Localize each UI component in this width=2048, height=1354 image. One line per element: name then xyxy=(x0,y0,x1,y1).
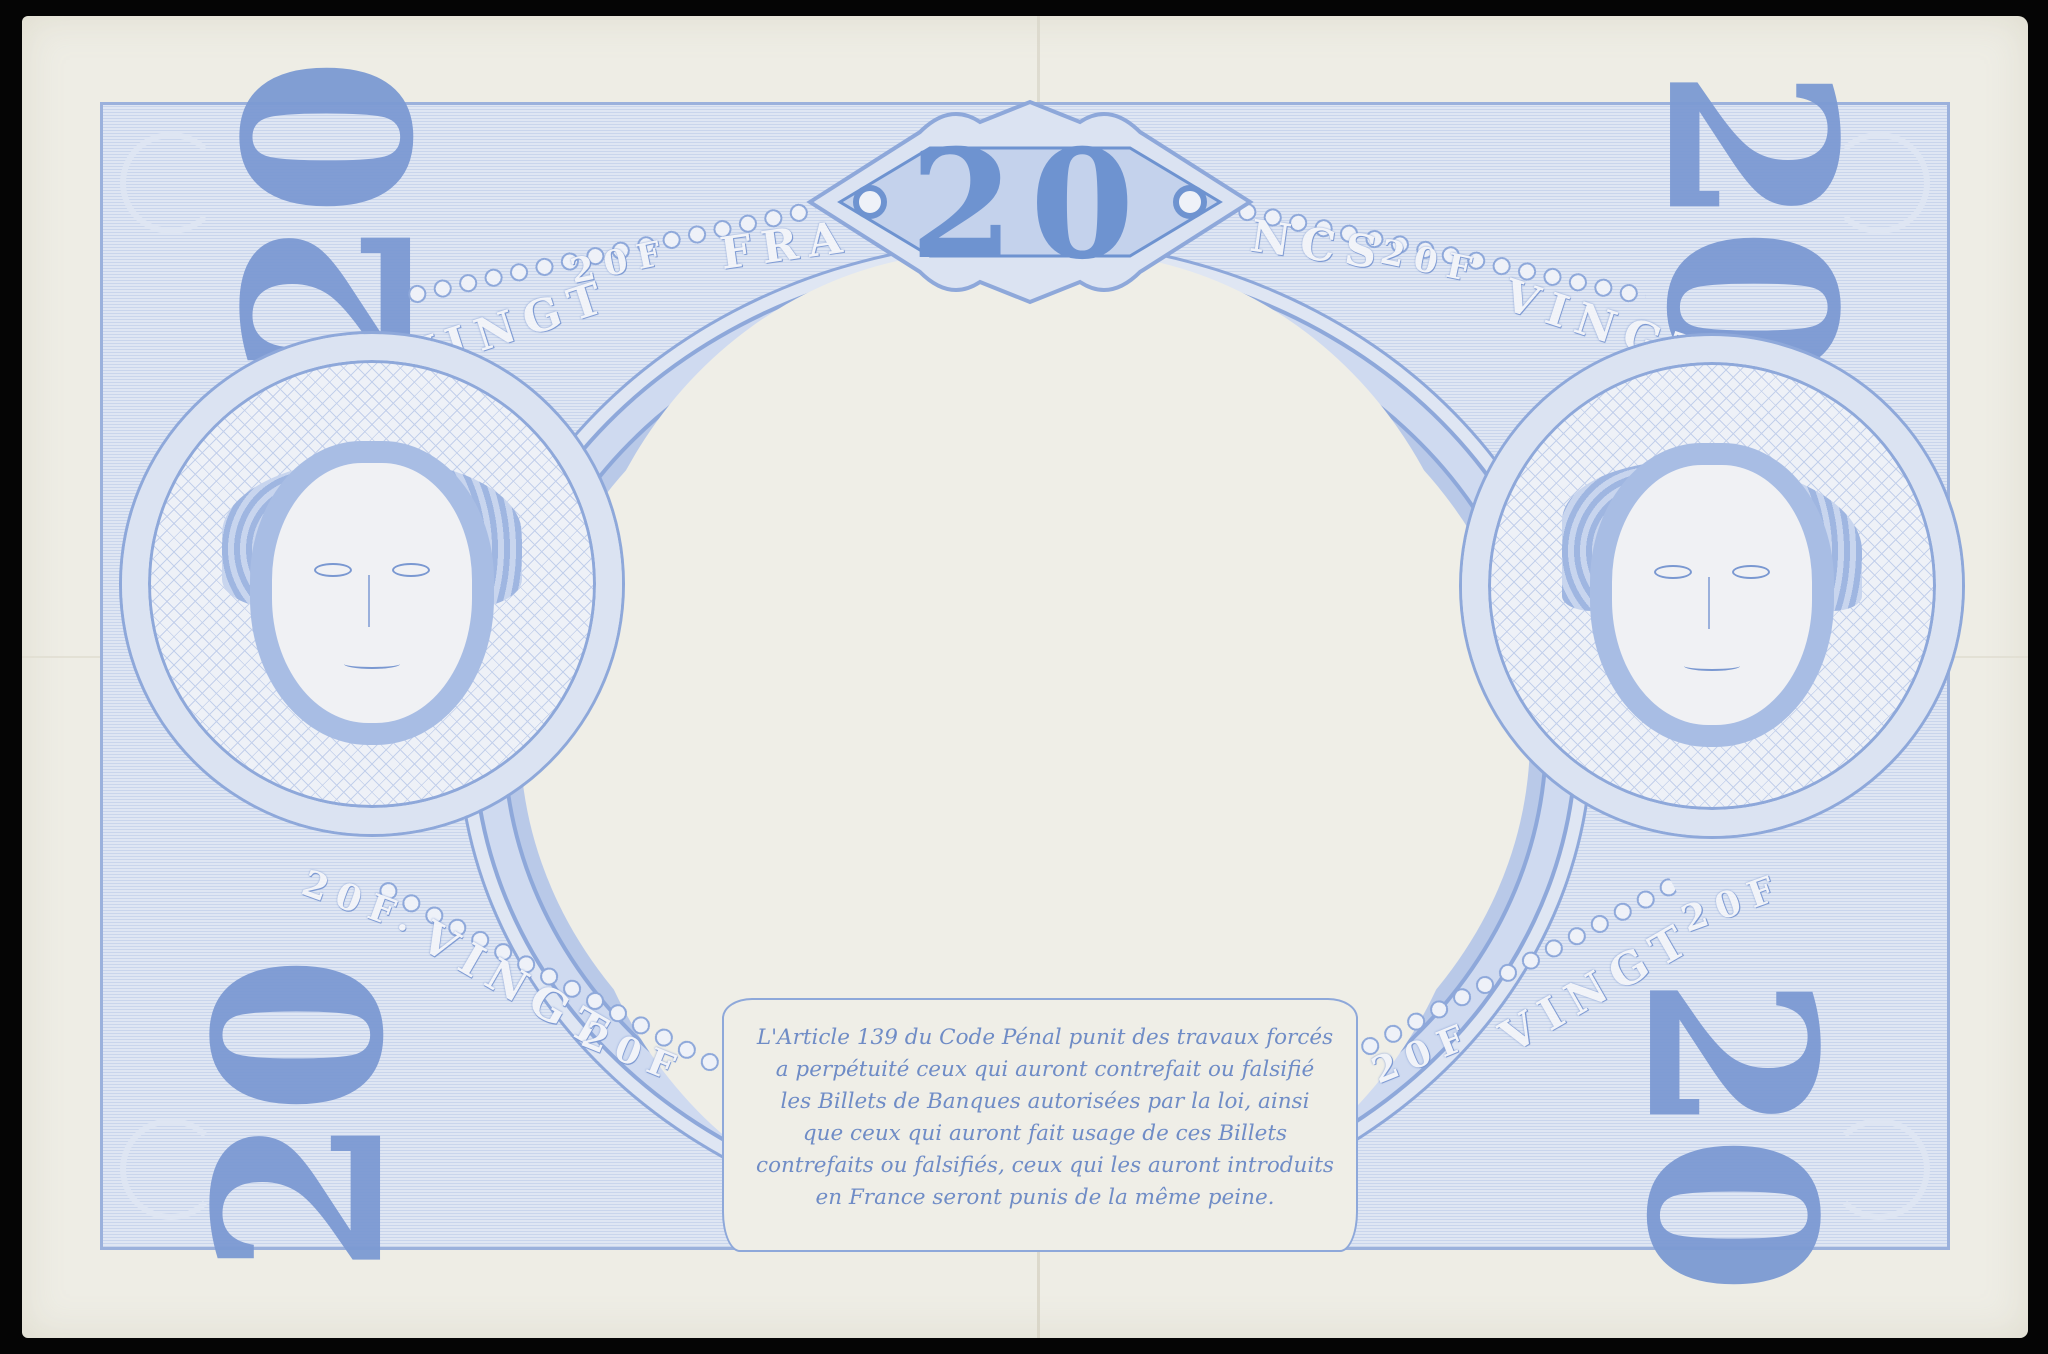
portrait-woman-icon xyxy=(272,463,472,723)
center-numeral: 20 xyxy=(800,130,1260,280)
legal-line: en France seront punis de la même peine. xyxy=(754,1182,1336,1214)
medallion-left xyxy=(122,334,622,834)
flourish-ornament-icon xyxy=(1828,132,1930,234)
eye-icon xyxy=(314,563,352,577)
center-cartouche: 20 xyxy=(800,92,1260,312)
mouth-icon xyxy=(1684,661,1740,671)
eye-icon xyxy=(1732,565,1770,579)
nose-icon xyxy=(368,575,378,627)
legal-line: que ceux qui auront fait usage de ces Bi… xyxy=(754,1118,1336,1150)
medallion-right xyxy=(1462,336,1962,836)
legal-line: a perpétuité ceux qui auront contrefait … xyxy=(754,1054,1336,1086)
mouth-icon xyxy=(344,659,400,669)
corner-numeral-bottom-right: 20 xyxy=(1615,975,1845,1295)
legal-line: contrefaits ou falsifiés, ceux qui les a… xyxy=(754,1150,1336,1182)
corner-numeral-top-left: 20 xyxy=(215,57,445,377)
flourish-ornament-icon xyxy=(120,132,222,234)
legal-text: L'Article 139 du Code Pénal punit des tr… xyxy=(754,1022,1336,1214)
legal-text-scroll: L'Article 139 du Code Pénal punit des tr… xyxy=(722,998,1358,1252)
banknote: 20 20 20 20 VINGT 20F FRA NCS 20F VINGT … xyxy=(22,16,2028,1338)
engraved-frame: 20 20 20 20 VINGT 20F FRA NCS 20F VINGT … xyxy=(100,102,1950,1250)
legal-line: les Billets de Banques autorisées par la… xyxy=(754,1086,1336,1118)
portrait-youth-icon xyxy=(1612,465,1812,725)
legal-line: L'Article 139 du Code Pénal punit des tr… xyxy=(754,1022,1336,1054)
nose-icon xyxy=(1708,577,1718,629)
corner-numeral-bottom-left: 20 xyxy=(185,955,415,1275)
eye-icon xyxy=(1654,565,1692,579)
flourish-ornament-icon xyxy=(120,1118,222,1220)
eye-icon xyxy=(392,563,430,577)
flourish-ornament-icon xyxy=(1828,1118,1930,1220)
